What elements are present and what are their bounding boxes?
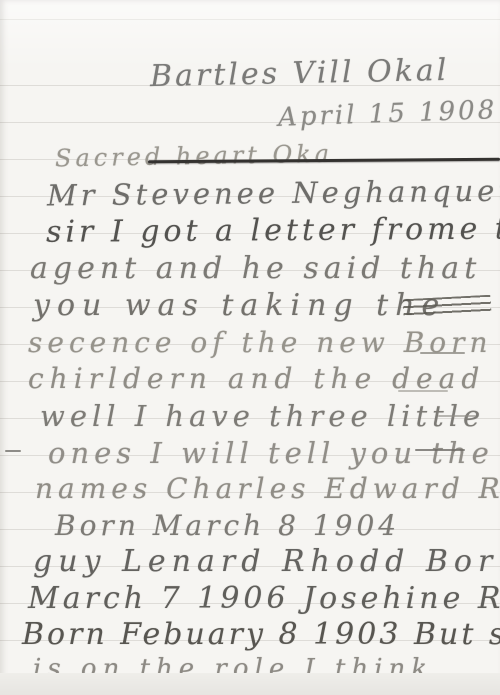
handwritten-line: March 7 1906 Josehine Rhodd	[28, 581, 500, 616]
letter-page: Bartles Vill Okal April 15 1908 Sacred h…	[0, 0, 500, 695]
handwritten-line: well I have three little	[40, 399, 485, 433]
handwritten-line: you was taking the	[33, 288, 446, 323]
date-line: April 15 1908	[278, 95, 498, 133]
struck-header-line: Sacred heart Oka	[55, 140, 334, 173]
handwritten-line: Born March 8 1904	[55, 509, 400, 542]
pencil-dash	[420, 352, 465, 354]
handwritten-line: secence of the new Born	[28, 326, 493, 359]
handwritten-line: ones I will tell you the	[48, 436, 494, 470]
place-line: Bartles Vill Okal	[150, 53, 450, 94]
handwritten-line: names Charles Edward Rhodd	[35, 472, 500, 505]
handwritten-line: sir I got a letter frome the	[46, 211, 500, 250]
handwritten-line: guy Lenard Rhodd Born	[33, 544, 500, 579]
pencil-dash	[438, 415, 476, 417]
pencil-dash	[398, 390, 448, 392]
crossed-out-scribble	[403, 295, 492, 317]
pencil-dash	[415, 449, 465, 451]
pencil-dash	[5, 450, 21, 452]
recipient-line: Mr Stevenee Neghanquet	[47, 174, 500, 213]
handwritten-line: agent and he said that	[30, 251, 481, 286]
handwritten-line: Born Febuary 8 1903 But she	[22, 617, 500, 652]
page-bottom-edge	[0, 673, 500, 695]
